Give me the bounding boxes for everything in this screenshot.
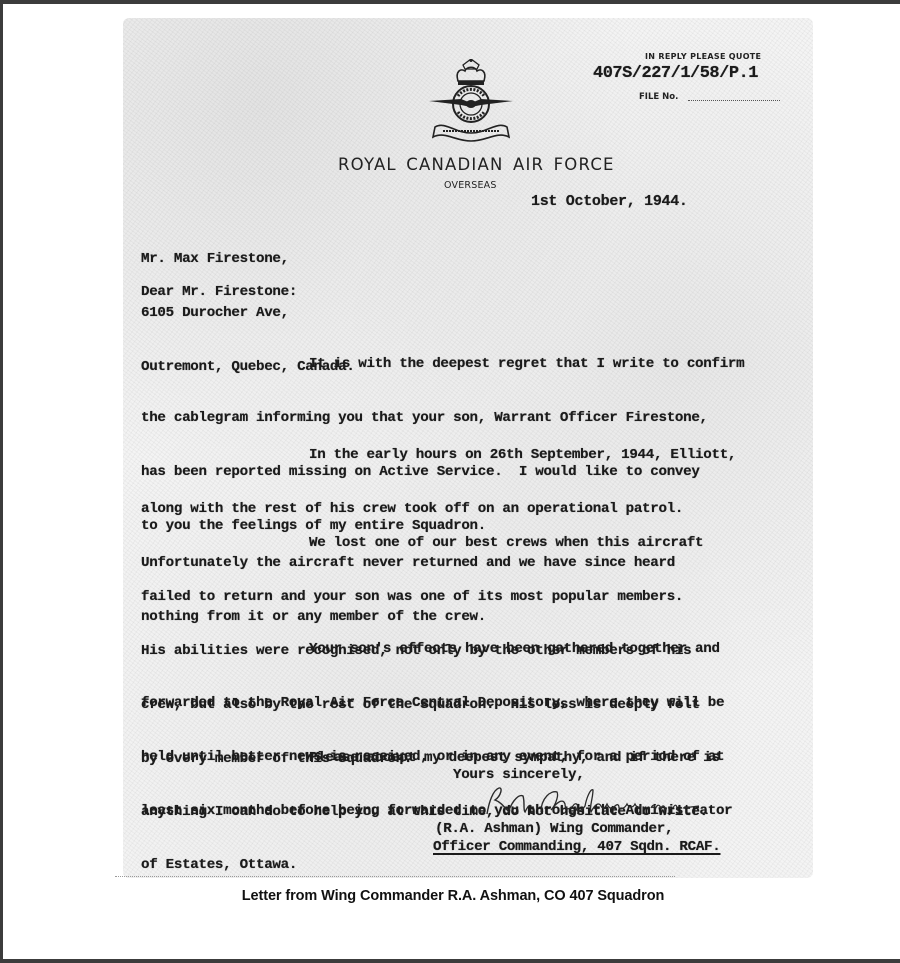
- paragraph-line: In the early hours on 26th September, 19…: [141, 446, 736, 464]
- rcaf-crest-icon: [425, 59, 517, 144]
- organization-subtitle: OVERSEAS: [444, 180, 497, 191]
- paragraph-line: It is with the deepest regret that I wri…: [141, 355, 744, 373]
- document-page: IN REPLY PLEASE QUOTE 407S/227/1/58/P.1 …: [3, 4, 900, 959]
- file-label: FILE No.: [639, 92, 678, 102]
- address-line: Mr. Max Firestone,: [141, 250, 355, 268]
- reply-label: IN REPLY PLEASE QUOTE: [645, 52, 761, 61]
- reference-number: 407S/227/1/58/P.1: [593, 64, 758, 84]
- document-caption: Letter from Wing Commander R.A. Ashman, …: [3, 888, 900, 904]
- organization-name: ROYAL CANADIAN AIR FORCE: [338, 155, 615, 174]
- file-number-line: [688, 100, 780, 101]
- paragraph-line: Your son's effects have been gathered to…: [141, 640, 732, 658]
- paragraph-line: of Estates, Ottawa.: [141, 856, 732, 874]
- paragraph-line: forwarded to the Royal Air Force Central…: [141, 694, 732, 712]
- salutation: Dear Mr. Firestone:: [141, 283, 297, 301]
- paragraph-line: Please accept my deepest sympathy, and i…: [141, 749, 720, 767]
- letter-date: 1st October, 1944.: [531, 193, 688, 211]
- paragraph-line: We lost one of our best crews when this …: [141, 534, 703, 552]
- handwritten-signature: R.A. Ashman w/c: [479, 782, 719, 818]
- signatory-title: Officer Commanding, 407 Sqdn. RCAF.: [433, 838, 721, 856]
- signatory-name: (R.A. Ashman) Wing Commander,: [435, 820, 673, 838]
